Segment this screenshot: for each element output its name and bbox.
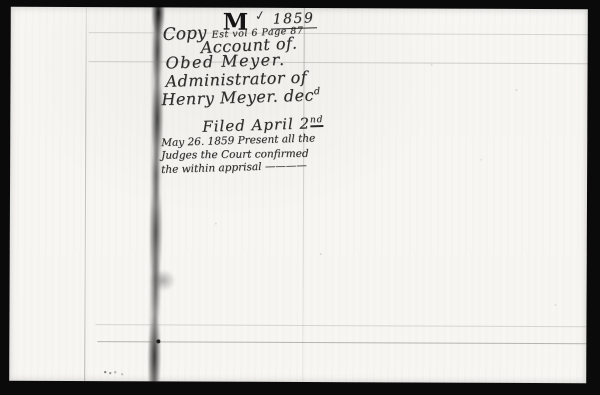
decedent-text: Henry Meyer. dec (161, 86, 314, 110)
ruled-line-bottom-1 (95, 324, 586, 327)
ruled-line-bottom-2 (97, 341, 586, 344)
document-page: M ✓ 1859 Copy Est vol 6 Page 87 Account … (9, 7, 588, 384)
decedent-superscript: d (314, 86, 321, 97)
fold-line-left (84, 7, 87, 381)
decedent-line: Henry Meyer. decd (161, 85, 321, 109)
scanned-document: M ✓ 1859 Copy Est vol 6 Page 87 Account … (0, 0, 600, 395)
court-note-line-3: the within apprisal ———— (161, 159, 307, 175)
ink-smudge (150, 269, 176, 291)
filed-superscript: nd (310, 115, 324, 127)
court-note-line-1: May 26. 1859 Present all the (161, 132, 315, 149)
ink-dot (156, 339, 160, 343)
paper-specks (11, 7, 13, 9)
pen-marks (104, 371, 106, 373)
